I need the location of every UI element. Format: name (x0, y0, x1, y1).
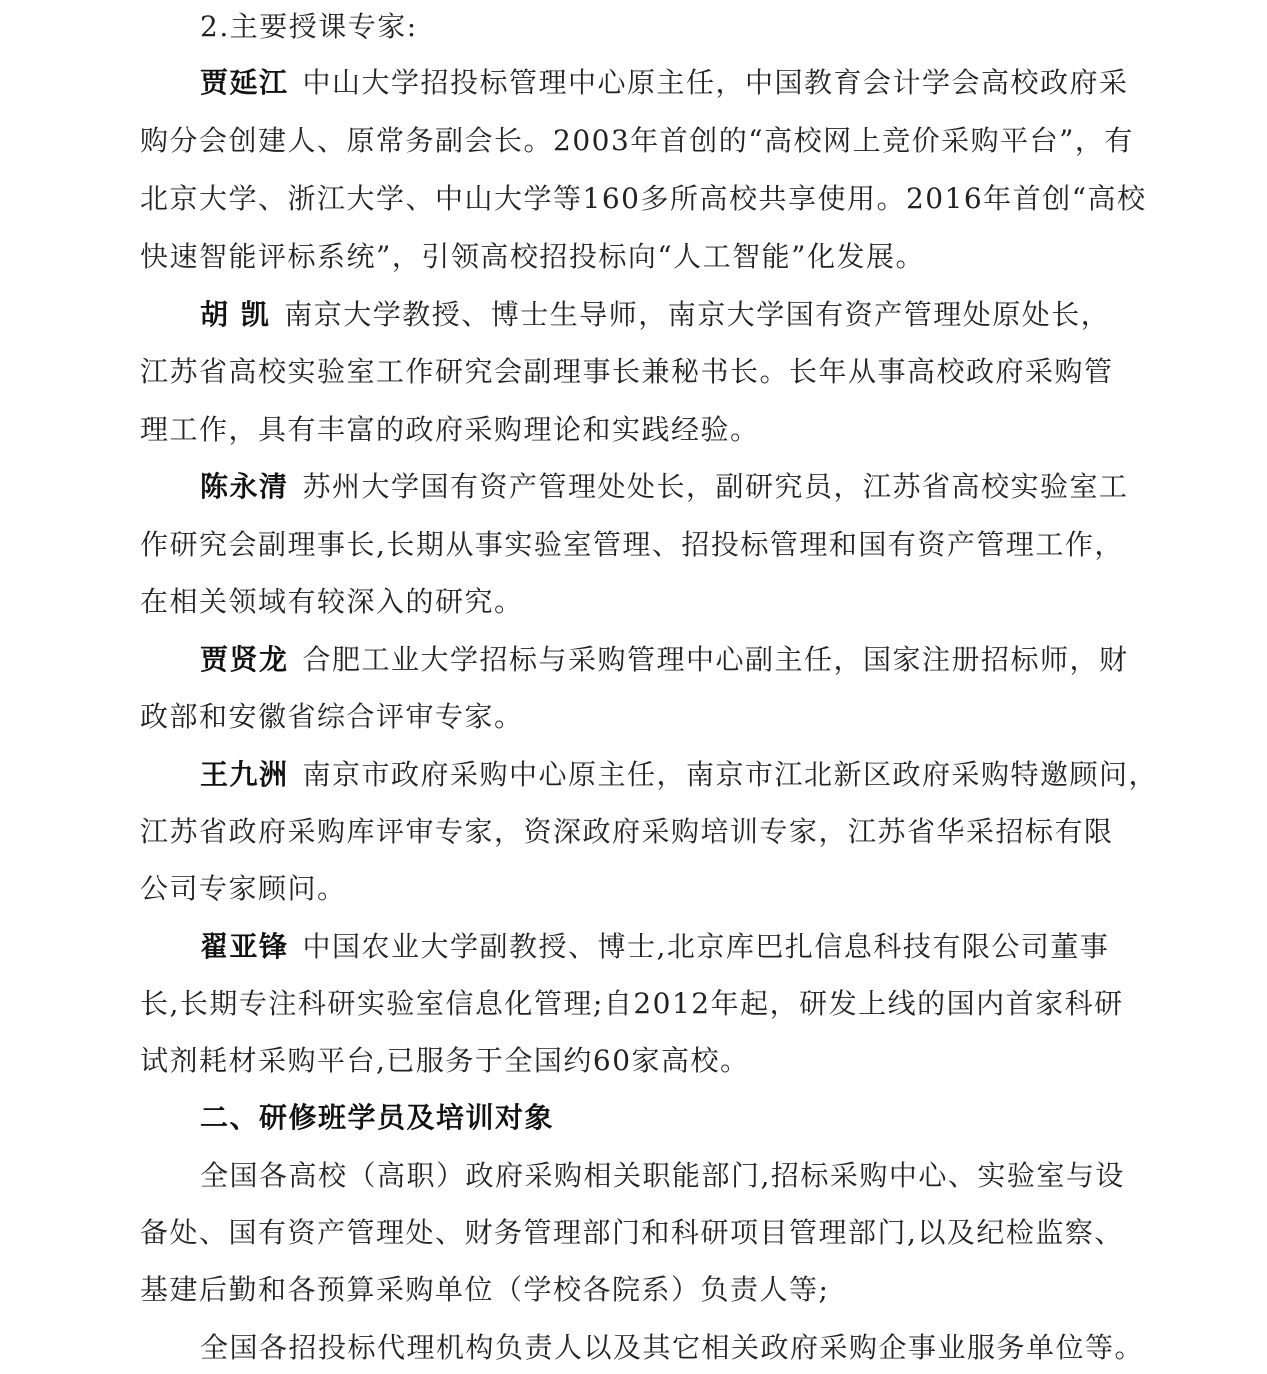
paragraph-line: 基建后勤和各预算采购单位（学校各院系）负责人等; (140, 1273, 1140, 1307)
expert-bio-line: 作研究会副理事长,长期从事实验室管理、招投标管理和国有资产管理工作， (140, 528, 1140, 562)
expert-bio-line: 中山大学招投标管理中心原主任，中国教育会计学会高校政府采 (303, 66, 1129, 99)
expert-entry-first-line: 胡 凯南京大学教授、博士生导师，南京大学国有资产管理处原处长， (200, 298, 1200, 332)
expert-bio-line: 公司专家顾问。 (140, 872, 1140, 906)
expert-name: 贾延江 (200, 66, 289, 99)
expert-bio-line: 在相关领域有较深入的研究。 (140, 585, 1140, 619)
document-page: 2.主要授课专家: 贾延江中山大学招投标管理中心原主任，中国教育会计学会高校政府… (0, 0, 1267, 1374)
expert-bio-line: 政部和安徽省综合评审专家。 (140, 700, 1140, 734)
section-heading: 二、研修班学员及培训对象 (200, 1101, 1200, 1135)
expert-bio-line: 南京大学教授、博士生导师，南京大学国有资产管理处原处长， (284, 298, 1110, 331)
expert-entry-first-line: 翟亚锋中国农业大学副教授、博士,北京库巴扎信息科技有限公司董事 (200, 930, 1200, 964)
expert-name: 胡 凯 (200, 298, 270, 331)
expert-entry-first-line: 王九洲南京市政府采购中心原主任，南京市江北新区政府采购特邀顾问， (200, 758, 1200, 792)
expert-bio-line: 江苏省高校实验室工作研究会副理事长兼秘书长。长年从事高校政府采购管 (140, 355, 1140, 389)
expert-bio-line: 长,长期专注科研实验室信息化管理;自2012年起，研发上线的国内首家科研 (140, 987, 1140, 1021)
expert-bio-line: 中国农业大学副教授、博士,北京库巴扎信息科技有限公司董事 (303, 930, 1110, 963)
paragraph-line: 全国各高校（高职）政府采购相关职能部门,招标采购中心、实验室与设 (200, 1159, 1200, 1193)
expert-bio-line: 购分会创建人、原常务副会长。2003年首创的“高校网上竞价采购平台”，有 (140, 124, 1140, 158)
expert-entry-first-line: 贾延江中山大学招投标管理中心原主任，中国教育会计学会高校政府采 (200, 66, 1200, 100)
expert-bio-line: 合肥工业大学招标与采购管理中心副主任，国家注册招标师，财 (303, 643, 1129, 676)
section-label: 2.主要授课专家: (200, 10, 1200, 44)
expert-bio-line: 试剂耗材采购平台,已服务于全国约60家高校。 (140, 1044, 1140, 1078)
paragraph-line: 备处、国有资产管理处、财务管理部门和科研项目管理部门,以及纪检监察、 (140, 1216, 1140, 1250)
expert-name: 王九洲 (200, 758, 289, 791)
expert-name: 翟亚锋 (200, 930, 289, 963)
expert-bio-line: 理工作，具有丰富的政府采购理论和实践经验。 (140, 413, 1140, 447)
expert-bio-line: 江苏省政府采购库评审专家，资深政府采购培训专家，江苏省华采招标有限 (140, 815, 1140, 849)
expert-bio-line: 苏州大学国有资产管理处处长，副研究员，江苏省高校实验室工 (303, 470, 1129, 503)
expert-bio-line: 快速智能评标系统”，引领高校招投标向“人工智能”化发展。 (140, 240, 1140, 274)
expert-bio-line: 南京市政府采购中心原主任，南京市江北新区政府采购特邀顾问， (303, 758, 1159, 791)
expert-entry-first-line: 贾贤龙合肥工业大学招标与采购管理中心副主任，国家注册招标师，财 (200, 643, 1200, 677)
expert-bio-line: 北京大学、浙江大学、中山大学等160多所高校共享使用。2016年首创“高校 (140, 182, 1140, 216)
expert-entry-first-line: 陈永清苏州大学国有资产管理处处长，副研究员，江苏省高校实验室工 (200, 470, 1200, 504)
expert-name: 陈永清 (200, 470, 289, 503)
paragraph-line: 全国各招投标代理机构负责人以及其它相关政府采购企事业服务单位等。 (200, 1331, 1200, 1365)
expert-name: 贾贤龙 (200, 643, 289, 676)
